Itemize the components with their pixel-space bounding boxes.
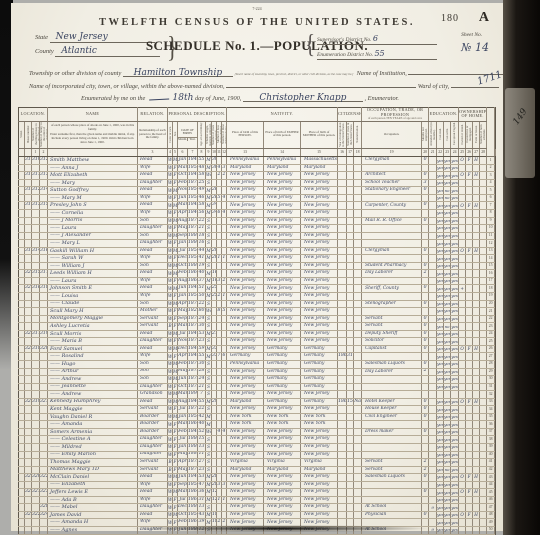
table-row: —— AndrewSonWMJun187524SNew JerseyGerman… — [19, 376, 496, 384]
supervisor-label: Supervisor's District No. — [317, 37, 372, 43]
enumerated-prefix: Enumerated by me on the — [81, 95, 145, 102]
table-row: 317312314Sutton GodfreyHeadWMNov185049M2… — [19, 187, 496, 195]
table-row: —— Maria BDaughterWFNov187623SNew Jersey… — [19, 338, 496, 346]
table-row: —— CorneliaWifeWFApr184456M3464New Jerse… — [19, 210, 496, 218]
column-number-row: 1234567891011121314151617181920212223242… — [19, 149, 496, 157]
col-age: Age at last birthday. — [198, 121, 206, 149]
schedule-row: State New Jersey County Atlantic } SCHED… — [17, 32, 497, 66]
table-row: Montgomery MaggieServantWFSep187524SNew … — [19, 315, 496, 323]
census-table: LOCATION. NAME RELATION. PERSONAL DESCRI… — [18, 107, 496, 535]
supervisor-value: 6 — [373, 34, 378, 43]
title-bar: TWELFTH CENSUS OF THE UNITED STATES. 180… — [11, 12, 503, 30]
col-family-number: Number of family in the order of visitat… — [40, 121, 48, 149]
brace-glyph: { — [305, 31, 315, 61]
table-row: 315310312Smith MatthewHeadWMJan184555M30… — [19, 157, 496, 165]
column-number: 7 — [188, 149, 198, 157]
sheet-value: № 14 — [461, 41, 489, 54]
sheet-label: Sheet No. — [461, 32, 482, 38]
table-row: —— MildredDaughterWFJan188713SNew Jersey… — [19, 443, 496, 451]
table-row: 320315317Leeds William HHeadWMFeb186040M… — [19, 270, 496, 278]
table-row: —— LauraDaughterWFMay187921SNew JerseyNe… — [19, 225, 496, 233]
table-row: —— J MorrisSonWMAug187722SNew JerseyNew … — [19, 217, 496, 225]
col-can-read: Can read. — [437, 121, 444, 149]
group-nativity: NATIVITY. — [227, 108, 338, 122]
table-row: Thomas MaggieServantBFApr187327SVirginia… — [19, 459, 496, 467]
column-number: 13 — [227, 149, 264, 157]
strike-mark — [149, 91, 169, 100]
table-row: 326321323Jeffers Lewis EHeadWMMar186436M… — [19, 489, 496, 497]
column-number: 24 — [451, 149, 459, 157]
institution-label: Name of Institution, — [357, 70, 407, 77]
column-number: 1 — [32, 149, 40, 157]
table-row: —— Mary MWifeWFJun185346M2654New JerseyN… — [19, 194, 496, 202]
group-relation: RELATION. — [138, 108, 168, 122]
table-row: —— Mary LDaughterWFJan188416SNew JerseyN… — [19, 240, 496, 248]
col-occupation: Occupation. — [362, 121, 422, 149]
column-number: 23 — [444, 149, 451, 157]
column-number: 20 — [422, 149, 429, 157]
column-number: 2 — [40, 149, 48, 157]
table-row: 327322324James DavidHeadWMOct185643M18Ne… — [19, 511, 496, 519]
enumerated-suffix: , Enumerator. — [364, 95, 398, 102]
table-row: 319314316Gaskill William HHeadWMJul18554… — [19, 247, 496, 255]
table-row: —— J AlexanderSonWMSep188118SNew JerseyN… — [19, 232, 496, 240]
column-number: 26 — [466, 149, 473, 157]
incorporated-line: Name of incorporated city, town, or vill… — [11, 79, 509, 92]
group-education: EDUCATION. — [429, 108, 459, 122]
column-number: 17 — [347, 149, 354, 157]
scan-edge-patch — [505, 88, 535, 178]
enumerated-day: 18th — [173, 93, 194, 103]
table-row: —— ClaudeSonWMApr187822SNew JerseyNew Je… — [19, 300, 496, 308]
col-name: of each person whose place of abode on J… — [48, 121, 138, 149]
enumerated-mid: day of June, 1900, — [195, 95, 241, 102]
table-row: 325320322McClain DanielHeadWMJun184653M2… — [19, 474, 496, 482]
scan-edge-bottom — [130, 525, 430, 532]
group-citizenship: CITIZENSHIP. — [338, 108, 362, 122]
col-relation: Relationship of each person to the head … — [138, 121, 168, 149]
table-row: —— William JSonWMOct188019SNew JerseyNew… — [19, 262, 496, 270]
table-row: —— MaryDaughterWFFeb187525SNew JerseyNew… — [19, 179, 496, 187]
group-name: NAME — [48, 108, 138, 122]
district-block: Supervisor's District No. 6 Enumeration … — [317, 34, 437, 64]
table-row: 321316318Johnson Smith EHeadWMJun184851M… — [19, 285, 496, 293]
col-can-write: Can write. — [444, 121, 451, 149]
col-months-not-employed: Months not employed. — [422, 121, 429, 149]
col-farm-house: Farm or house. — [473, 121, 480, 149]
table-row: —— AndrewGrandsonWMMar18937SNew JerseyNe… — [19, 391, 496, 399]
line-number-column — [487, 108, 495, 157]
table-row: 328—— MabelDaughterWFDec188613SNew Jerse… — [19, 504, 496, 512]
incorporated-label: Name of incorporated city, town, or vill… — [29, 83, 225, 90]
table-row: 322317319Scull MorrisHeadWMJul184653M27N… — [19, 330, 496, 338]
column-number: 15 — [301, 149, 338, 157]
column-number: 19 — [362, 149, 422, 157]
table-row: —— ElizabethWifeWFSep185247M2833New Jers… — [19, 481, 496, 489]
ward-label: Ward of city, — [418, 83, 450, 90]
form-number: 7-224 — [11, 3, 503, 11]
township-caption: [Insert name of township, town, precinct… — [234, 72, 353, 76]
col-years-in-us: Number of years in the United States. — [347, 121, 354, 149]
col-date-of-birth: DATE OF BIRTH. Month.Year. — [178, 121, 198, 149]
column-number: 21 — [429, 149, 437, 157]
table-row: Vaughn Daniel RBoarderWMJan185842MNew Yo… — [19, 413, 496, 421]
group-location: LOCATION. — [19, 108, 48, 122]
table-row: 318313315Presley John SHeadWMMar184258M3… — [19, 202, 496, 210]
column-number: 16 — [338, 149, 347, 157]
column-number: 6 — [178, 149, 188, 157]
group-occupation: OCCUPATION, TRADE, OR PROFESSION of each… — [362, 108, 429, 122]
table-row: —— HugoSonWMFeb187030SPennsylvaniaGerman… — [19, 360, 496, 368]
col-owned-free: Owned free or mortgaged. — [466, 121, 473, 149]
census-table-body: 315310312Smith MatthewHeadWMJan184555M30… — [19, 157, 496, 534]
column-number: 28 — [480, 149, 487, 157]
table-row: —— RosalindWifeWFApr184555M3376GermanyGe… — [19, 353, 496, 361]
table-header: LOCATION. NAME RELATION. PERSONAL DESCRI… — [19, 108, 496, 157]
table-row: —— LouisaWifeWFJan185050M2521New JerseyN… — [19, 293, 496, 301]
col-mother-of: Mother of how many children. — [217, 121, 222, 149]
column-number: 18 — [354, 149, 362, 157]
table-row: —— Emily MarionDaughterWFMay188911SNew J… — [19, 451, 496, 459]
column-number: 27 — [473, 149, 480, 157]
table-row: —— ArthurSonWMMay187228SNew JerseyGerman… — [19, 368, 496, 376]
sheet-letter: A — [479, 10, 489, 26]
col-years-married: Number of years married. — [212, 121, 217, 149]
sheet-block: Sheet No. № 14 — [461, 32, 489, 54]
enumeration-value: 55 — [374, 49, 384, 58]
column-number: 25 — [459, 149, 466, 157]
township-label: Township or other division of county — [29, 70, 121, 77]
column-number — [495, 149, 496, 157]
col-house-number: House number. — [25, 121, 32, 149]
table-row: 323318320Ford SamuelHeadWMDec184059M33Ne… — [19, 345, 496, 353]
column-number: 22 — [437, 149, 444, 157]
column-number: 8 — [198, 149, 206, 157]
column-number: 3 — [138, 149, 168, 157]
col-birth-person: Place of birth of this PERSON. — [227, 121, 264, 149]
col-naturalization: Naturalization. — [354, 121, 362, 149]
group-ownership: OWNERSHIP OF HOME. — [459, 108, 487, 122]
table-row: —— LauraWifeWFAug186237M1632New JerseyNe… — [19, 277, 496, 285]
col-birth-father: Place of birth of FATHER of this person. — [264, 121, 301, 149]
col-birth-mother: Place of birth of MOTHER of this person. — [301, 121, 338, 149]
table-row: —— AmandaBoarderWFMar186040MNew YorkNew … — [19, 421, 496, 429]
column-number: 14 — [264, 149, 301, 157]
col-children-living: Number of these children living. — [222, 121, 227, 149]
township-value: Hamilton Township — [134, 68, 222, 78]
enumerator-name: Christopher Knapp — [259, 93, 346, 103]
table-row: —— Ada BWifeWFJul186831M1211New JerseyNe… — [19, 496, 496, 504]
col-marital: Whether single, married, widowed, or div… — [206, 121, 212, 149]
table-row: Matthews Mary TDServantBFMay187723SMaryl… — [19, 466, 496, 474]
township-line: Township or other division of county Ham… — [11, 66, 509, 79]
scan-edge-right — [503, 0, 540, 535]
col-dwelling-number: Number of dwelling-house in the order of… — [32, 121, 40, 149]
col-farm-schedule: Number of farm schedule. — [480, 121, 487, 149]
table-row: 324319321Kennedy HumphreyHeadWMAug184455… — [19, 398, 496, 406]
table-row: Ashley LucretiaServantBFMar187030SNew Je… — [19, 323, 496, 331]
col-can-speak: Can speak English. — [451, 121, 459, 149]
page-stamp: 180 — [441, 13, 459, 24]
enumeration-label: Enumeration District No. — [317, 52, 373, 58]
census-title: TWELFTH CENSUS OF THE UNITED STATES. — [99, 17, 415, 28]
table-row: —— Sarah WWifeWFDec185841M2011New Jersey… — [19, 255, 496, 263]
table-row: Somers ArmeniaBoarderWFFeb184852Wd44New … — [19, 428, 496, 436]
enumerated-line: Enumerated by me on the 18th day of June… — [11, 92, 540, 105]
column-number — [48, 149, 138, 157]
census-page: 7-224 TWELFTH CENSUS OF THE UNITED STATE… — [11, 3, 503, 531]
table-row: Scull Mary HMotherWFMay182080Wd85New Jer… — [19, 308, 496, 316]
col-owned-rented: Owned or rented. — [459, 121, 466, 149]
table-row: Kent MaggieServantWFJul187722SNew Jersey… — [19, 406, 496, 414]
col-attended-school: Attended school (in months). — [429, 121, 437, 149]
group-personal: PERSONAL DESCRIPTION. — [168, 108, 227, 122]
column-number — [25, 149, 32, 157]
table-row: 316311313Mott ElizabethHeadWFOct184158Wd… — [19, 172, 496, 180]
table-row: —— Celestine ADaughterWFJul188415SNew Je… — [19, 436, 496, 444]
table-row: —— JeannetteDaughterWFOct187821SNew Jers… — [19, 383, 496, 391]
col-immigration-year: Year of immigration to the United States… — [338, 121, 347, 149]
table-row: —— Anna JWifeWFMar185248M3043MarylandMar… — [19, 164, 496, 172]
